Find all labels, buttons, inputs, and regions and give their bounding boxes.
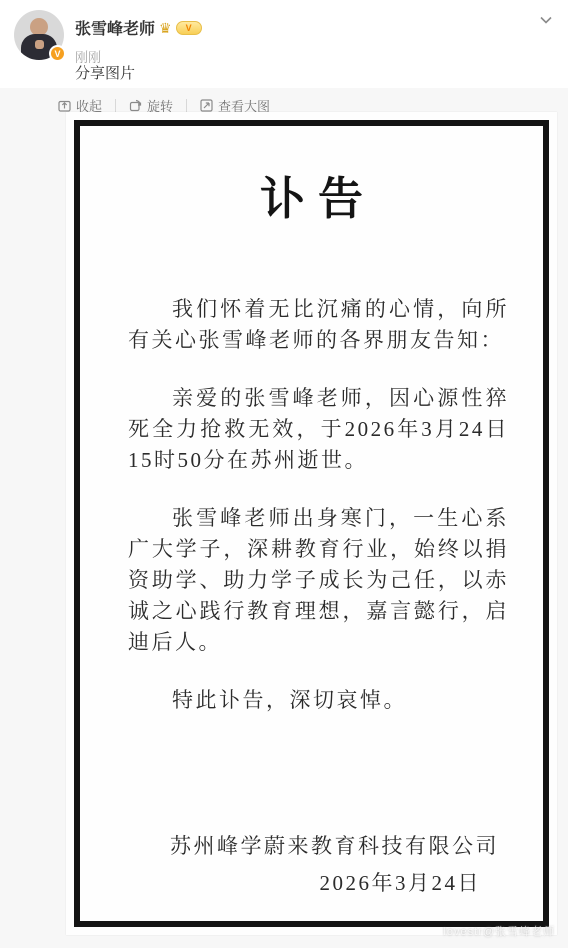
obituary-paragraph: 张雪峰老师出身寒门，一生心系广大学子，深耕教育行业，始终以捐资助学、助力学子成长… (128, 503, 509, 658)
chevron-down-icon[interactable] (538, 12, 554, 28)
obituary-title: 讣告 (80, 174, 543, 224)
collapse-icon (58, 99, 71, 112)
verified-icon: V (49, 45, 66, 62)
avatar[interactable]: V (14, 10, 64, 60)
obituary-body: 我们怀着无比沉痛的心情，向所有关心张雪峰老师的各界朋友告知： 亲爱的张雪峰老师，… (80, 294, 543, 716)
obituary-paragraph: 亲爱的张雪峰老师，因心源性猝死全力抢救无效，于2026年3月24日15时50分在… (128, 383, 509, 476)
toolbar-divider (115, 99, 116, 112)
avatar-person-hands (35, 40, 44, 49)
obituary-frame: 讣告 我们怀着无比沉痛的心情，向所有关心张雪峰老师的各界朋友告知： 亲爱的张雪峰… (74, 120, 549, 927)
rotate-icon (129, 99, 142, 112)
obituary-image[interactable]: 讣告 我们怀着无比沉痛的心情，向所有关心张雪峰老师的各界朋友告知： 亲爱的张雪峰… (66, 112, 557, 935)
obituary-paragraph: 我们怀着无比沉痛的心情，向所有关心张雪峰老师的各界朋友告知： (128, 294, 509, 356)
obituary-signature: 苏州峰学蔚来教育科技有限公司 2026年3月24日 (80, 828, 543, 902)
post-meta: 张雪峰老师 ♛ V 刚刚 (75, 16, 202, 66)
obituary-date: 2026年3月24日 (80, 865, 499, 902)
watermark: lovestr@张雪峰老师 (443, 923, 555, 939)
post-header: V 张雪峰老师 ♛ V 刚刚 分享图片 (0, 0, 568, 88)
vip-badge-icon: V (176, 21, 202, 35)
crown-icon: ♛ (159, 21, 172, 35)
obituary-paragraph: 特此讣告，深切哀悼。 (128, 685, 509, 716)
view-large-icon (200, 99, 213, 112)
post-content-text: 分享图片 (75, 62, 135, 83)
author-name[interactable]: 张雪峰老师 (75, 16, 155, 39)
obituary-signer: 苏州峰学蔚来教育科技有限公司 (80, 828, 499, 865)
toolbar-divider (186, 99, 187, 112)
